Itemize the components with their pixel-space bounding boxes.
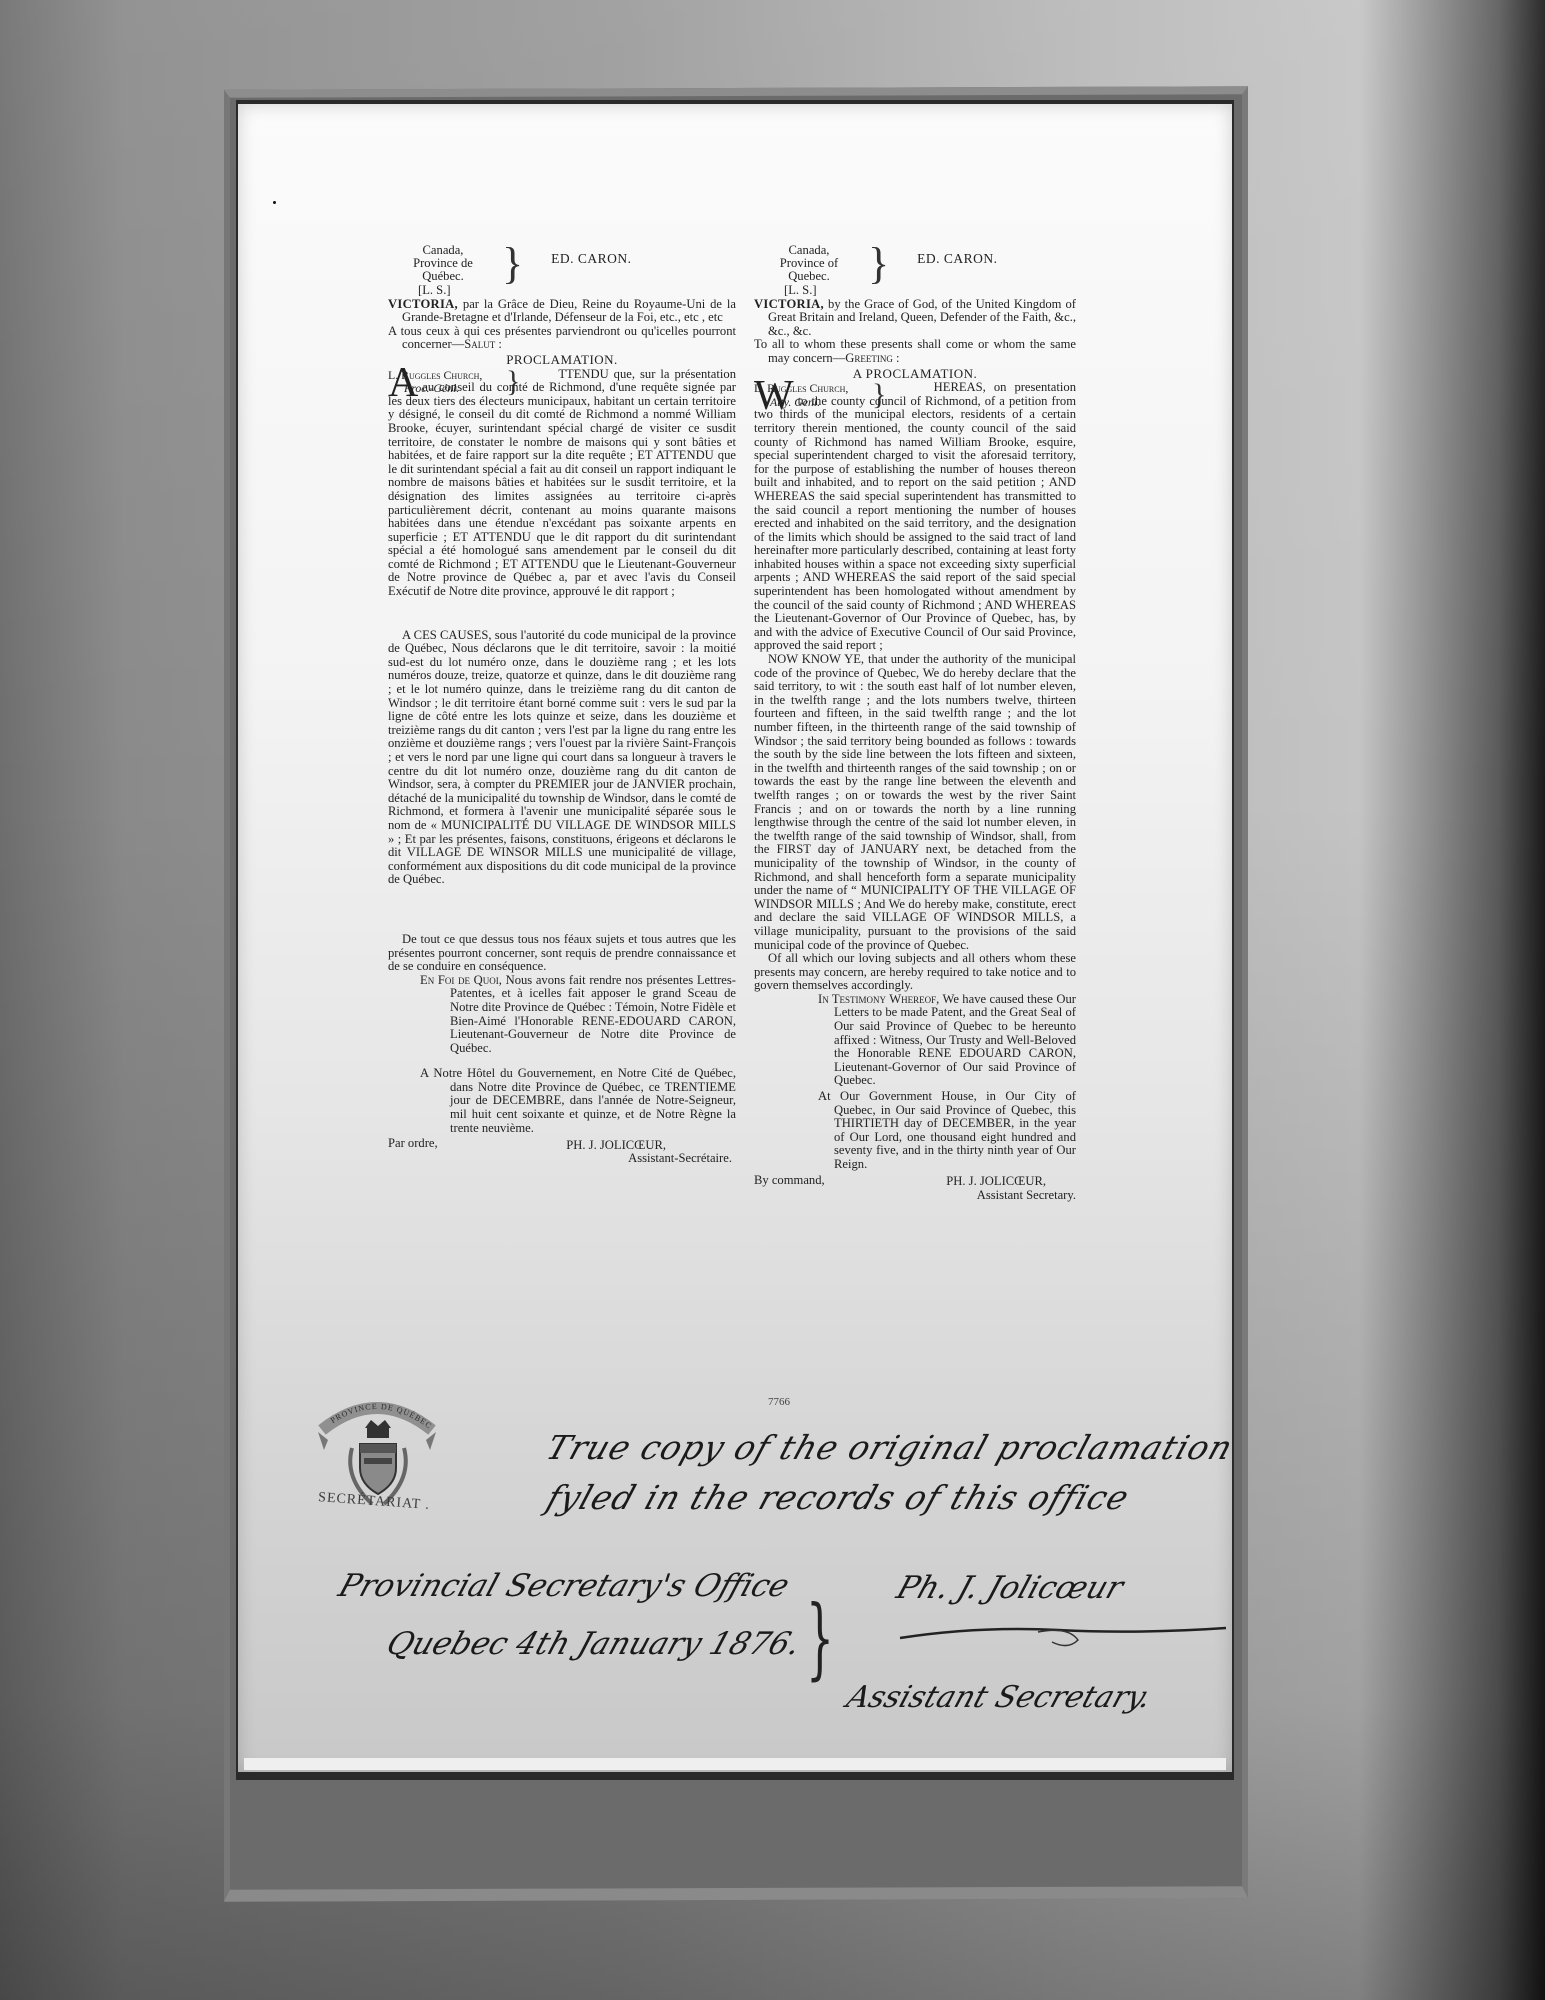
signature-flourish-icon bbox=[898, 1618, 1228, 1648]
french-lieutenant-governor: ED. CARON. bbox=[551, 252, 631, 266]
french-enacting-clause: A CES CAUSES, sous l'autorité du code mu… bbox=[388, 629, 736, 887]
english-address: To all to whom these presents shall come… bbox=[754, 338, 1076, 365]
french-signer-name: PH. J. JOLICŒUR, bbox=[388, 1139, 736, 1153]
handwritten-signature: Ph. J. Jolicœur bbox=[892, 1570, 1128, 1606]
english-whereas-text: WHEREAS, on presentation to the county c… bbox=[754, 381, 1076, 653]
mat-bevel bbox=[244, 1758, 1226, 1770]
french-address: A tous ceux à qui ces présentes parviend… bbox=[388, 325, 736, 352]
french-signer-title: Assistant-Secrétaire. bbox=[388, 1152, 736, 1166]
handwritten-date: Quebec 4th January 1876. bbox=[382, 1626, 805, 1662]
english-enacting-clause: NOW KNOW YE, that under the authority of… bbox=[754, 653, 1076, 952]
english-seal-mark: [L. S.] bbox=[754, 284, 1076, 298]
file-number: 7766 bbox=[768, 1396, 790, 1408]
english-testimony: In Testimony Whereof, We have caused the… bbox=[754, 993, 1076, 1088]
handwritten-brace-icon: } bbox=[806, 1598, 834, 1678]
brace-icon: } bbox=[502, 244, 523, 284]
english-given-at: At Our Government House, in Our City of … bbox=[754, 1090, 1076, 1172]
french-seal-mark: [L. S.] bbox=[388, 284, 736, 298]
french-notice: De tout ce que dessus tous nos féaux suj… bbox=[388, 933, 736, 974]
french-place: Canada, Province de Québec. bbox=[388, 244, 498, 283]
english-victoria-title: VICTORIA, by the Grace of God, of the Un… bbox=[754, 298, 1076, 339]
handwritten-certification-line2: fyled in the records of this office bbox=[542, 1478, 1135, 1517]
french-column: Canada, Province de Québec. } ED. CARON.… bbox=[388, 244, 736, 1166]
english-proclamation-title: A PROCLAMATION. bbox=[754, 367, 1076, 381]
paper-speck bbox=[273, 201, 276, 204]
handwritten-signature-title: Assistant Secretary. bbox=[842, 1680, 1156, 1715]
english-column: Canada, Province of Quebec. } ED. CARON.… bbox=[754, 244, 1076, 1202]
french-whereas-text: ATTENDU que, sur la présentation au cons… bbox=[388, 368, 736, 599]
english-signer-title: Assistant Secretary. bbox=[754, 1189, 1076, 1203]
brace-icon: } bbox=[868, 244, 889, 284]
french-testimony: En Foi de Quoi, Nous avons fait rendre n… bbox=[388, 974, 736, 1056]
handwritten-office: Provincial Secretary's Office bbox=[334, 1568, 794, 1604]
french-given-at: A Notre Hôtel du Gouvernement, en Notre … bbox=[388, 1067, 736, 1135]
french-victoria-title: VICTORIA, par la Grâce de Dieu, Reine du… bbox=[388, 298, 736, 325]
english-place: Canada, Province of Quebec. bbox=[754, 244, 864, 283]
english-notice: Of all which our loving subjects and all… bbox=[754, 952, 1076, 993]
english-lieutenant-governor: ED. CARON. bbox=[917, 252, 997, 266]
handwritten-certification-line1: True copy of the original proclamation bbox=[542, 1428, 1239, 1467]
french-proclamation-title: PROCLAMATION. bbox=[388, 353, 736, 367]
